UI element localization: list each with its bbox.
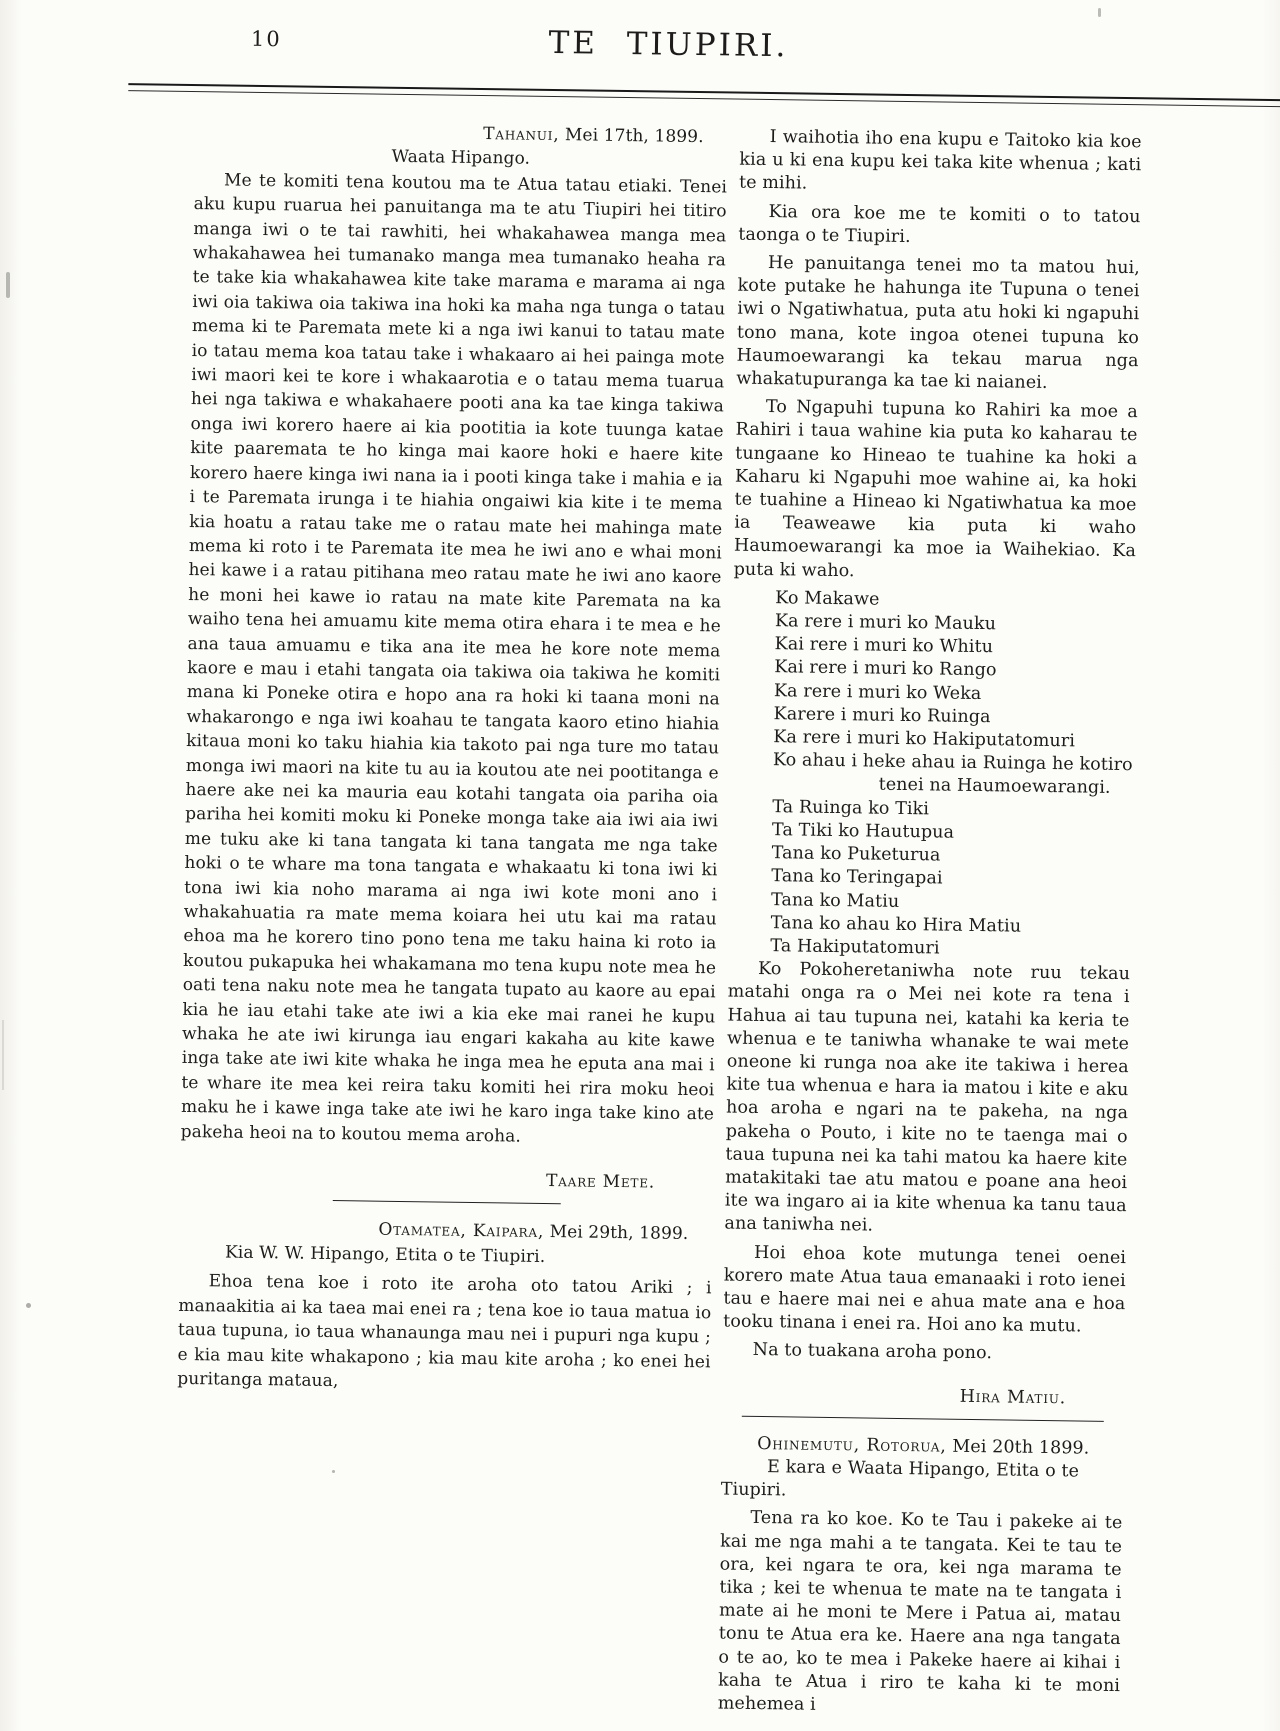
letter-closing-paragraphs: Ko Pokoheretaniwha note ruu tekau matahi… — [723, 958, 1131, 1368]
whakapapa-line: Ko ahau i heke ahau ia Ruinga he kotiro … — [730, 749, 1133, 801]
newspaper-title: TE TIUPIRI. — [196, 20, 1141, 69]
dateline-place: Otamatea, Kaipara, — [378, 1220, 544, 1242]
dateline-date: Mei 20th 1899. — [952, 1436, 1089, 1458]
letter-paragraph: I waihotia iho ena kupu e Taitoko kia ko… — [739, 126, 1142, 201]
letter-paragraph: Na to tuakana aroha pono. — [723, 1339, 1125, 1368]
letter-tahanui: Tahanui, Mei 17th, 1899. Waata Hipango. … — [180, 118, 728, 1196]
letter-ohinemutu: Ohinemutu, Rotorua, Mei 20th 1899. E kar… — [718, 1432, 1124, 1721]
signature: Taare Mete. — [180, 1164, 713, 1196]
letter-otamatea: Otamatea, Kaipara, Mei 29th, 1899. Kia W… — [177, 1215, 712, 1398]
letter-paragraph: Ko Pokoheretaniwha note ruu tekau matahi… — [724, 958, 1130, 1242]
text-columns: Tahanui, Mei 17th, 1899. Waata Hipango. … — [173, 118, 1280, 1728]
section-divider — [332, 1200, 560, 1204]
header-rule — [128, 83, 1280, 107]
page-content: 10 TE TIUPIRI. Tahanui, Mei 17th, 1899. … — [0, 0, 1280, 1728]
letter-body: Ehoa tena koe i roto ite aroha oto tatou… — [177, 1269, 712, 1398]
letter-body: Me te komiti tena koutou ma te Atua tata… — [181, 168, 728, 1152]
letter-hira-matiu: I waihotia iho ena kupu e Taitoko kia ko… — [722, 126, 1142, 1411]
letter-paragraphs: I waihotia iho ena kupu e Taitoko kia ko… — [733, 126, 1141, 587]
letter-paragraph: He panuitanga tenei mo ta matou hui, kot… — [736, 252, 1140, 397]
letter-paragraph: To Ngapuhi tupuna ko Rahiri ka moe a Rah… — [733, 396, 1138, 587]
signature-name: Hira Matiu. — [960, 1386, 1067, 1407]
dateline-date: Mei 29th, 1899. — [550, 1223, 689, 1245]
right-column: I waihotia iho ena kupu e Taitoko kia ko… — [718, 126, 1142, 1727]
newspaper-page: 10 TE TIUPIRI. Tahanui, Mei 17th, 1899. … — [0, 0, 1280, 1731]
whakapapa-generations-list: Ta Ruinga ko TikiTa Tiki ko HautupuaTana… — [728, 795, 1132, 963]
dateline-date: Mei 17th, 1899. — [565, 125, 704, 147]
dateline-place: Tahanui, — [483, 124, 560, 145]
section-divider — [742, 1416, 1104, 1422]
whakapapa-descent-list: Ko MakaweKa rere i muri ko MaukuKai rere… — [730, 586, 1135, 800]
salutation: E kara e Waata Hipango, Etita o te Tiupi… — [721, 1455, 1124, 1507]
page-header: 10 TE TIUPIRI. — [0, 0, 1280, 107]
letter-paragraph: Kia ora koe me te komiti o to tatou taon… — [738, 200, 1141, 252]
dateline-place: Ohinemutu, Rotorua, — [757, 1434, 947, 1457]
left-column: Tahanui, Mei 17th, 1899. Waata Hipango. … — [173, 118, 728, 1720]
letter-body: Tena ra ko koe. Ko te Tau i pakeke ai te… — [718, 1507, 1123, 1721]
letter-paragraph: Hoi ehoa kote mutunga tenei oenei korero… — [723, 1241, 1126, 1339]
signature-name: Taare Mete. — [546, 1171, 655, 1193]
signature: Hira Matiu. — [722, 1382, 1124, 1411]
